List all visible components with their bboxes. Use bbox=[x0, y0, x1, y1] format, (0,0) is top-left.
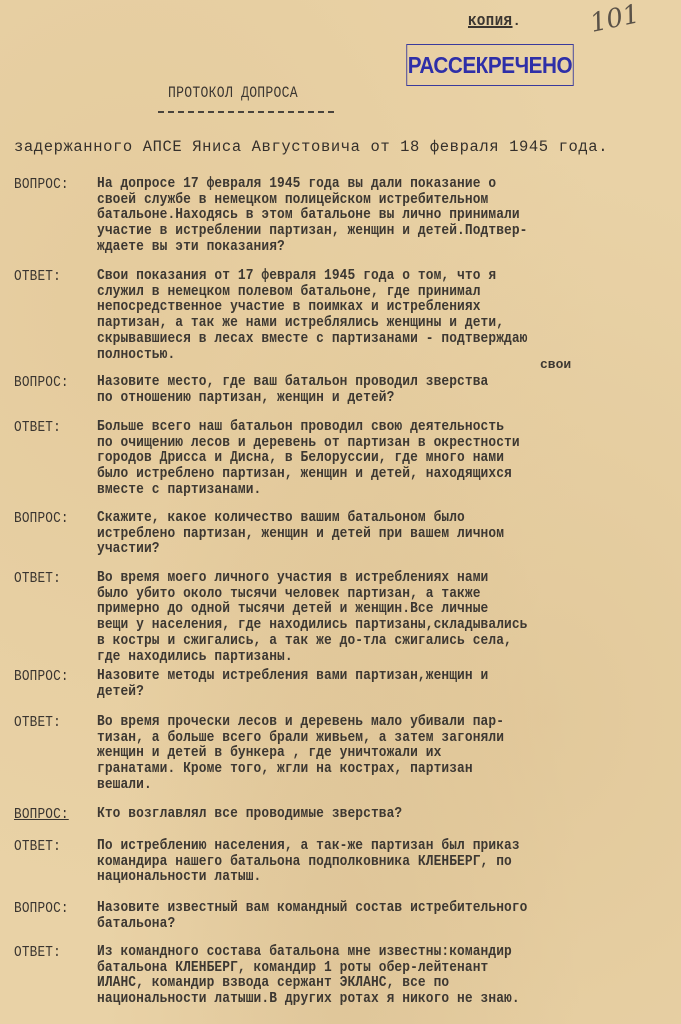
question-label: ВОПРОС: bbox=[14, 510, 69, 527]
answer-label: ОТВЕТ: bbox=[14, 838, 61, 855]
question-text: Назовите методы истребления вами партиза… bbox=[97, 668, 678, 699]
answer-text: Свои показания от 17 февраля 1945 года о… bbox=[97, 268, 678, 362]
answer-label: ОТВЕТ: bbox=[14, 570, 61, 587]
answer-label: ОТВЕТ: bbox=[14, 714, 61, 731]
answer-label: ОТВЕТ: bbox=[14, 944, 61, 961]
question-label: ВОПРОС: bbox=[14, 668, 69, 685]
question-label: ВОПРОС: bbox=[14, 806, 69, 823]
question-text: На допросе 17 февраля 1945 года вы дали … bbox=[97, 176, 678, 255]
answer-label: ОТВЕТ: bbox=[14, 419, 61, 436]
answer-text: Во время прочески лесов и деревень мало … bbox=[97, 714, 678, 793]
document-title: ПРОТОКОЛ ДОПРОСА bbox=[168, 84, 298, 102]
copy-label: КОПИЯ bbox=[468, 14, 513, 30]
question-text: Назовите известный вам командный состав … bbox=[97, 900, 678, 931]
question-text: Кто возглавлял все проводимые зверства? bbox=[97, 806, 678, 822]
answer-label: ОТВЕТ: bbox=[14, 268, 61, 285]
title-underline bbox=[158, 111, 334, 113]
declassified-stamp: РАССЕКРЕЧЕНО bbox=[406, 44, 573, 86]
document-page: КОПИЯ. 101 РАССЕКРЕЧЕНО ПРОТОКОЛ ДОПРОСА… bbox=[0, 0, 681, 1024]
answer-text: Больше всего наш батальон проводил свою … bbox=[97, 419, 678, 498]
question-label: ВОПРОС: bbox=[14, 176, 69, 193]
question-label: ВОПРОС: bbox=[14, 900, 69, 917]
answer-text: Из командного состава батальона мне изве… bbox=[97, 944, 678, 1007]
copy-mark: КОПИЯ. bbox=[468, 14, 521, 30]
document-subtitle: задержанного АПСЕ Яниса Августовича от 1… bbox=[14, 138, 608, 156]
question-text: Назовите место, где ваш батальон проводи… bbox=[97, 374, 678, 405]
answer-text: По истреблению населения, а так-же парти… bbox=[97, 838, 678, 885]
question-label: ВОПРОС: bbox=[14, 374, 69, 391]
answer-text: Во время моего личного участия в истребл… bbox=[97, 570, 678, 664]
handwritten-page-number: 101 bbox=[587, 0, 642, 39]
copy-period: . bbox=[513, 14, 522, 30]
question-text: Скажите, какое количество вашим батальон… bbox=[97, 510, 678, 557]
